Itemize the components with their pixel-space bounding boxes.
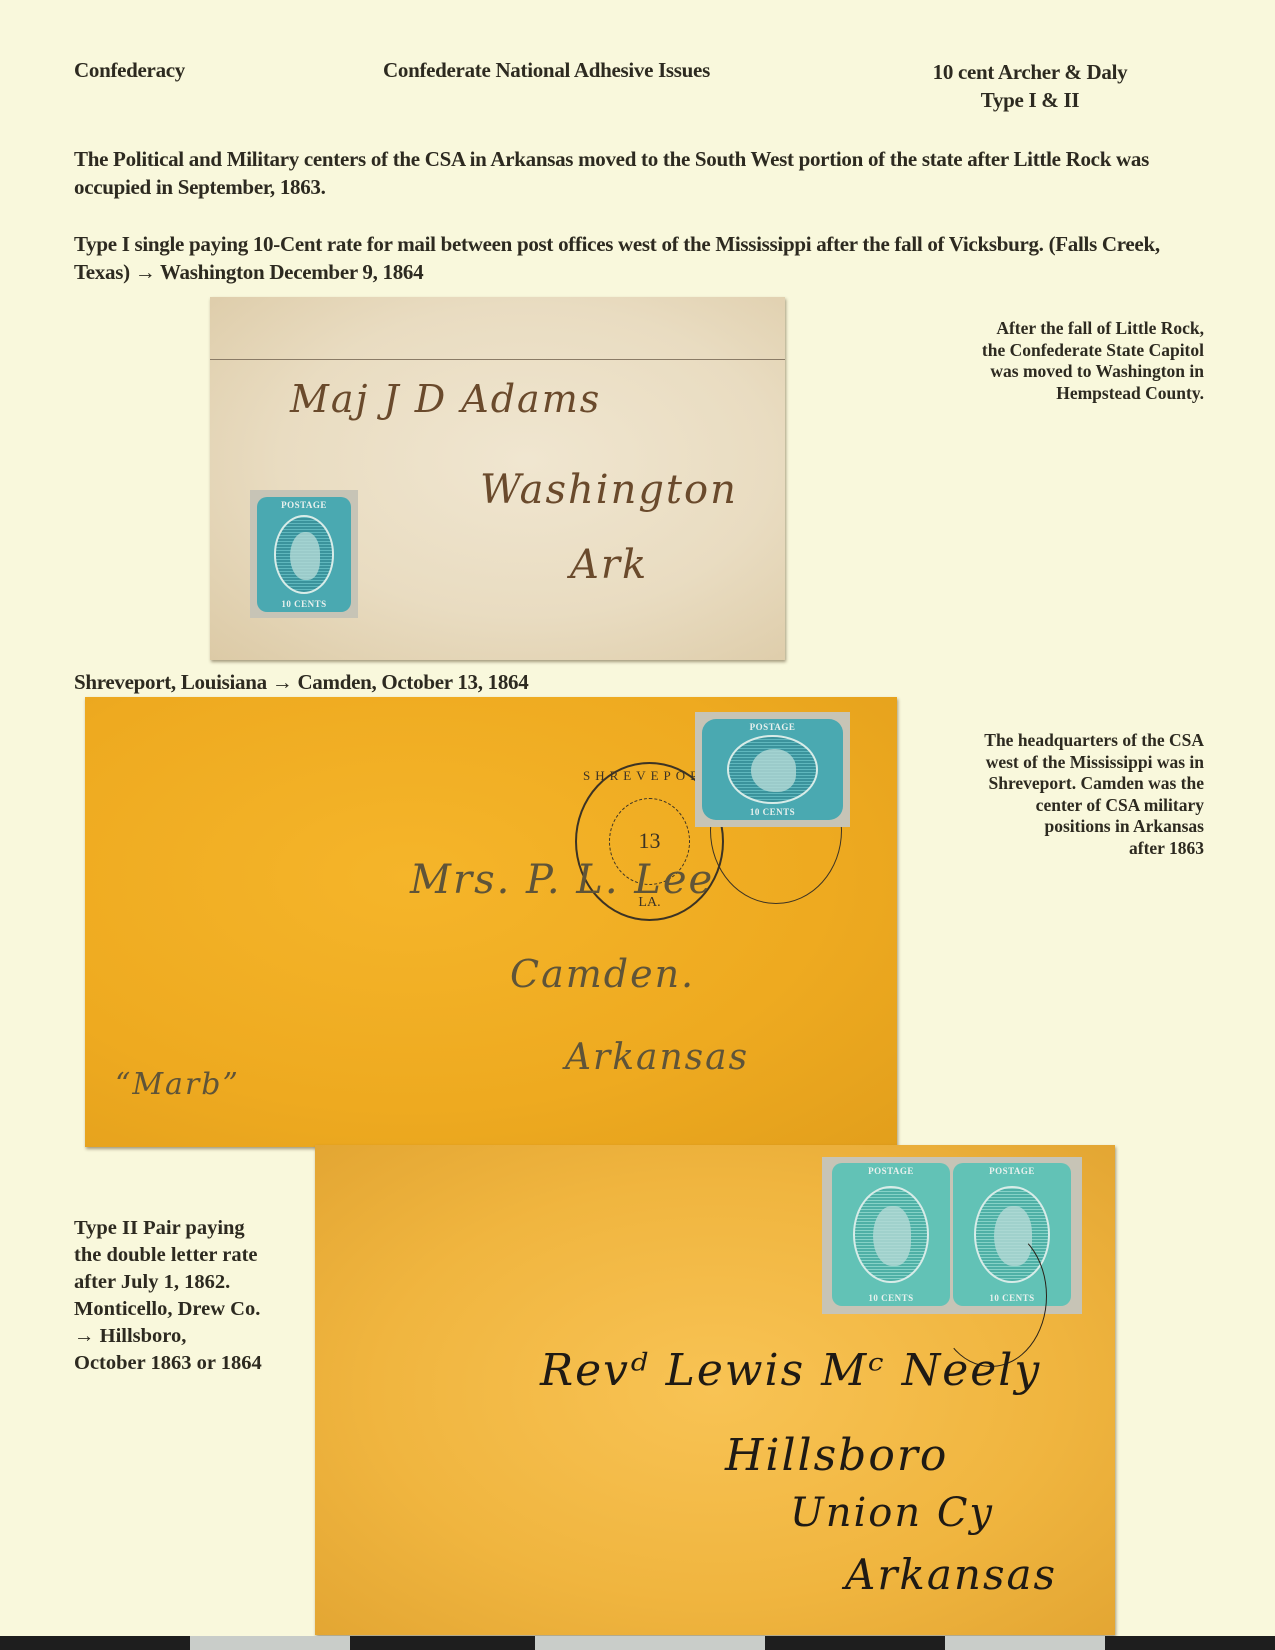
stamp-top-label: POSTAGE bbox=[989, 1163, 1035, 1179]
stamp-bottom-label: 10 CENTS bbox=[868, 1290, 913, 1306]
stamp-10c-type-ii-left: POSTAGE 10 CENTS bbox=[832, 1163, 950, 1306]
cover-3-envelope: POSTAGE 10 CENTS POSTAGE 10 CENTS Revᵈ L… bbox=[315, 1145, 1115, 1635]
header-stamp-types: Type I & II bbox=[880, 86, 1180, 114]
note-line: → Hillsboro, bbox=[74, 1323, 314, 1350]
stamp-portrait bbox=[873, 1206, 911, 1266]
note-line: after July 1, 1862. bbox=[74, 1269, 314, 1296]
address-line-1: Mrs. P. L. Lee bbox=[410, 857, 714, 903]
note-line: Shreveport. Camden was the bbox=[900, 773, 1204, 795]
note-line: Type II Pair paying bbox=[74, 1215, 314, 1242]
address-line-2: Washington bbox=[480, 467, 738, 513]
header-stamp-type: 10 cent Archer & Daly Type I & II bbox=[880, 58, 1180, 114]
intro-paragraph: The Political and Military centers of th… bbox=[74, 145, 1204, 201]
scanner-backing-strip bbox=[0, 1636, 1275, 1650]
note-line: Hempstead County. bbox=[900, 383, 1204, 405]
note-line: the double letter rate bbox=[74, 1242, 314, 1269]
note-line: After the fall of Little Rock, bbox=[900, 318, 1204, 340]
stamp-portrait bbox=[751, 749, 796, 791]
address-line-4: Arkansas bbox=[845, 1550, 1057, 1599]
fold-line bbox=[210, 359, 785, 360]
note-line: The headquarters of the CSA bbox=[900, 730, 1204, 752]
address-line-1: Revᵈ Lewis Mᶜ Neely bbox=[540, 1345, 1041, 1396]
cover1-description: Type I single paying 10-Cent rate for ma… bbox=[74, 230, 1204, 286]
cover1-note: After the fall of Little Rock, the Confe… bbox=[900, 318, 1204, 404]
address-line-3: Union Cy bbox=[790, 1490, 994, 1536]
stamp-top-label: POSTAGE bbox=[281, 497, 327, 513]
header-stamp-name: 10 cent Archer & Daly bbox=[880, 58, 1180, 86]
address-line-2: Camden. bbox=[510, 952, 695, 996]
cover3-note: Type II Pair paying the double letter ra… bbox=[74, 1215, 314, 1377]
stamp-portrait bbox=[290, 532, 320, 580]
header-issue-title: Confederate National Adhesive Issues bbox=[383, 58, 710, 83]
note-line: Monticello, Drew Co. bbox=[74, 1296, 314, 1323]
note-line: center of CSA military bbox=[900, 795, 1204, 817]
cover2-note: The headquarters of the CSA west of the … bbox=[900, 730, 1204, 859]
stamp-bottom-label: 10 CENTS bbox=[750, 804, 795, 820]
cover2-caption: Shreveport, Louisiana → Camden, October … bbox=[74, 670, 528, 695]
docket-note: “Marb” bbox=[115, 1067, 240, 1102]
stamp-top-label: POSTAGE bbox=[750, 719, 796, 735]
note-line: after 1863 bbox=[900, 838, 1204, 860]
stamp-top-label: POSTAGE bbox=[868, 1163, 914, 1179]
cover-2-envelope: SHREVEPORT 13 LA. POSTAGE 10 CENTS Mrs. … bbox=[85, 697, 897, 1147]
stamp-10c-type-i-sideways: POSTAGE 10 CENTS bbox=[702, 719, 843, 820]
stamp-bottom-label: 10 CENTS bbox=[281, 596, 326, 612]
address-line-3: Arkansas bbox=[565, 1037, 749, 1078]
stamp-bottom-label: 10 CENTS bbox=[989, 1290, 1034, 1306]
note-line: positions in Arkansas bbox=[900, 816, 1204, 838]
address-line-2: Hillsboro bbox=[725, 1430, 948, 1481]
address-line-1: Maj J D Adams bbox=[290, 377, 601, 421]
note-line: October 1863 or 1864 bbox=[74, 1350, 314, 1377]
note-line: was moved to Washington in bbox=[900, 361, 1204, 383]
stamp-10c-type-i: POSTAGE 10 CENTS bbox=[257, 497, 351, 612]
header-country: Confederacy bbox=[74, 58, 185, 83]
cover-1-folded-letter: Maj J D Adams Washington Ark POSTAGE 10 … bbox=[210, 297, 785, 660]
note-line: west of the Mississippi was in bbox=[900, 752, 1204, 774]
note-line: the Confederate State Capitol bbox=[900, 340, 1204, 362]
address-line-3: Ark bbox=[570, 542, 648, 588]
postmark-date: 13 bbox=[577, 828, 722, 854]
